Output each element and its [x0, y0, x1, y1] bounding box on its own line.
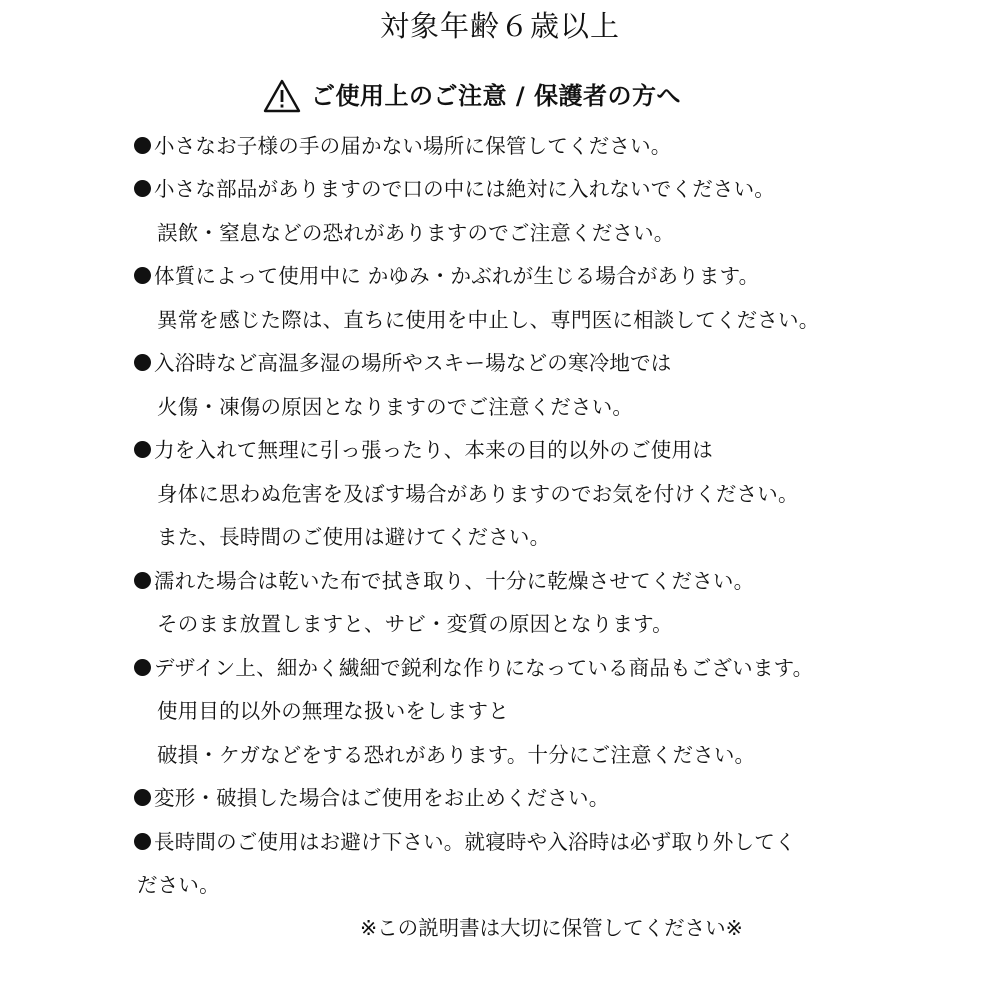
caution-item-continuation: 誤飲・窒息などの恐れがありますのでご注意ください。 — [157, 218, 675, 248]
caution-item: 体質によって使用中に かゆみ・かぶれが生じる場合があります。 — [134, 261, 759, 291]
caution-item: 小さな部品がありますので口の中には絶対に入れないでください。 — [134, 174, 775, 204]
caution-text: また、長時間のご使用は避けてください。 — [157, 525, 550, 549]
caution-item: 力を入れて無理に引っ張ったり、本来の目的以外のご使用は — [134, 435, 713, 465]
caution-text: 誤飲・窒息などの恐れがありますのでご注意ください。 — [157, 221, 675, 245]
caution-text: 破損・ケガなどをする恐れがあります。十分にご注意ください。 — [157, 743, 755, 767]
bullet-icon — [134, 180, 151, 197]
bullet-icon — [134, 441, 151, 458]
age-recommendation-title: 対象年齢６歳以上 — [0, 6, 1000, 46]
caution-item-continuation: 火傷・凍傷の原因となりますのでご注意ください。 — [157, 392, 633, 422]
caution-text: 小さなお子様の手の届かない場所に保管してください。 — [154, 134, 672, 158]
bullet-icon — [134, 789, 151, 806]
bullet-icon — [134, 572, 151, 589]
caution-item: 小さなお子様の手の届かない場所に保管してください。 — [134, 131, 672, 161]
caution-item: デザイン上、細かく繊細で鋭利な作りになっている商品もございます。 — [134, 653, 813, 683]
caution-item-continuation: 身体に思わぬ危害を及ぼす場合がありますのでお気を付けください。 — [157, 479, 799, 509]
bullet-icon — [134, 267, 151, 284]
caution-item-continuation: また、長時間のご使用は避けてください。 — [157, 522, 550, 552]
caution-item-continuation: ださい。 — [137, 870, 220, 900]
bullet-icon — [134, 833, 151, 850]
caution-item-continuation: そのまま放置しますと、サビ・変質の原因となります。 — [157, 609, 673, 639]
caution-item: 濡れた場合は乾いた布で拭き取り、十分に乾燥させてください。 — [134, 566, 754, 596]
caution-text: 身体に思わぬ危害を及ぼす場合がありますのでお気を付けください。 — [157, 482, 799, 506]
caution-text: 力を入れて無理に引っ張ったり、本来の目的以外のご使用は — [154, 438, 713, 462]
caution-text: 入浴時など高温多湿の場所やスキー場などの寒冷地では — [154, 351, 672, 375]
caution-text: 火傷・凍傷の原因となりますのでご注意ください。 — [157, 395, 633, 419]
caution-heading: ご使用上のご注意 / 保護者の方へ — [263, 76, 681, 116]
caution-item-continuation: 異常を感じた際は、直ちに使用を中止し、専門医に相談してください。 — [157, 305, 819, 335]
bullet-icon — [134, 659, 151, 676]
caution-text: 変形・破損した場合はご使用をお止めください。 — [154, 786, 609, 810]
caution-text: ださい。 — [137, 873, 220, 897]
caution-text: 異常を感じた際は、直ちに使用を中止し、専門医に相談してください。 — [157, 308, 819, 332]
bullet-icon — [134, 354, 151, 371]
keep-manual-note: ※この説明書は大切に保管してください※ — [360, 913, 743, 943]
caution-text: 長時間のご使用はお避け下さい。就寝時や入浴時は必ず取り外してく — [154, 830, 796, 854]
caution-heading-text: ご使用上のご注意 / 保護者の方へ — [311, 76, 681, 116]
caution-item: 入浴時など高温多湿の場所やスキー場などの寒冷地では — [134, 348, 672, 378]
caution-item-continuation: 使用目的以外の無理な扱いをしますと — [157, 696, 509, 726]
bullet-icon — [134, 137, 151, 154]
caution-text: デザイン上、細かく繊細で鋭利な作りになっている商品もございます。 — [154, 656, 813, 680]
caution-item: 変形・破損した場合はご使用をお止めください。 — [134, 783, 609, 813]
caution-text: そのまま放置しますと、サビ・変質の原因となります。 — [157, 612, 673, 636]
caution-item: 長時間のご使用はお避け下さい。就寝時や入浴時は必ず取り外してく — [134, 827, 796, 857]
caution-text: 濡れた場合は乾いた布で拭き取り、十分に乾燥させてください。 — [154, 569, 754, 593]
caution-text: 体質によって使用中に かゆみ・かぶれが生じる場合があります。 — [154, 264, 759, 288]
caution-text: 使用目的以外の無理な扱いをしますと — [157, 699, 509, 723]
caution-item-continuation: 破損・ケガなどをする恐れがあります。十分にご注意ください。 — [157, 740, 755, 770]
warning-triangle-icon — [263, 79, 301, 113]
caution-text: 小さな部品がありますので口の中には絶対に入れないでください。 — [154, 177, 775, 201]
